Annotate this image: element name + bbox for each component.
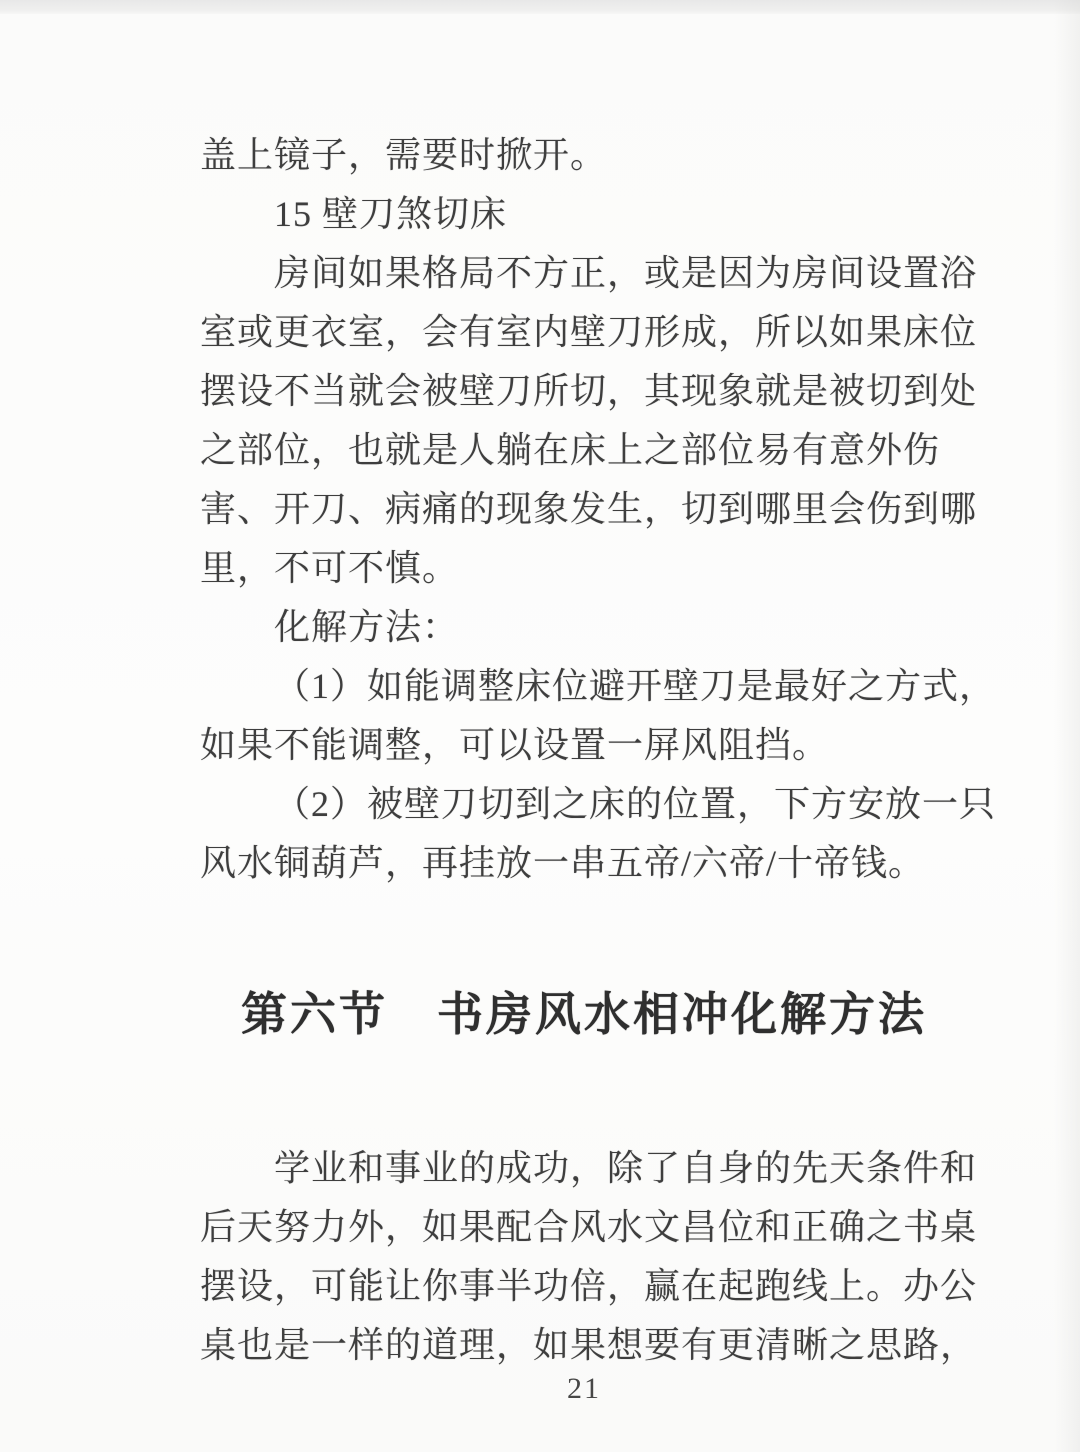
text-line: 室或更衣室，会有室内壁刀形成，所以如果床位: [200, 303, 968, 362]
remedy-item-1: （1）如能调整床位避开壁刀是最好之方式，: [200, 657, 968, 716]
text-line: 害、开刀、病痛的现象发生，切到哪里会伤到哪: [200, 480, 968, 539]
text-line: 如果不能调整，可以设置一屏风阻挡。: [200, 716, 968, 775]
text-line: 摆设不当就会被壁刀所切，其现象就是被切到处: [200, 362, 968, 421]
page-content: 盖上镜子，需要时掀开。 15 壁刀煞切床 房间如果格局不方正，或是因为房间设置浴…: [0, 126, 1080, 1407]
remedy-label: 化解方法：: [200, 598, 968, 657]
text-line: 后天努力外，如果配合风水文昌位和正确之书桌: [200, 1198, 968, 1257]
book-page: 盖上镜子，需要时掀开。 15 壁刀煞切床 房间如果格局不方正，或是因为房间设置浴…: [0, 0, 1080, 1452]
section-heading: 第六节 书房风水相冲化解方法: [200, 985, 968, 1045]
text-line: 风水铜葫芦，再挂放一串五帝/六帝/十帝钱。: [200, 834, 968, 893]
text-line: 房间如果格局不方正，或是因为房间设置浴: [200, 244, 968, 303]
text-line: 摆设，可能让你事半功倍，赢在起跑线上。办公: [200, 1257, 968, 1316]
bedroom-section-text: 盖上镜子，需要时掀开。 15 壁刀煞切床 房间如果格局不方正，或是因为房间设置浴…: [200, 126, 968, 893]
scan-edge-strip: [0, 0, 1080, 14]
page-number: 21: [200, 1371, 968, 1407]
sub-item-title: 15 壁刀煞切床: [200, 185, 968, 244]
remedy-item-2: （2）被壁刀切到之床的位置，下方安放一只: [200, 775, 968, 834]
text-line: 学业和事业的成功，除了自身的先天条件和: [200, 1139, 968, 1198]
text-line: 之部位，也就是人躺在床上之部位易有意外伤: [200, 421, 968, 480]
text-line: 盖上镜子，需要时掀开。: [200, 126, 968, 185]
study-section-text: 学业和事业的成功，除了自身的先天条件和 后天努力外，如果配合风水文昌位和正确之书…: [200, 1139, 968, 1375]
text-line: 桌也是一样的道理，如果想要有更清晰之思路，: [200, 1316, 968, 1375]
text-line: 里，不可不慎。: [200, 539, 968, 598]
